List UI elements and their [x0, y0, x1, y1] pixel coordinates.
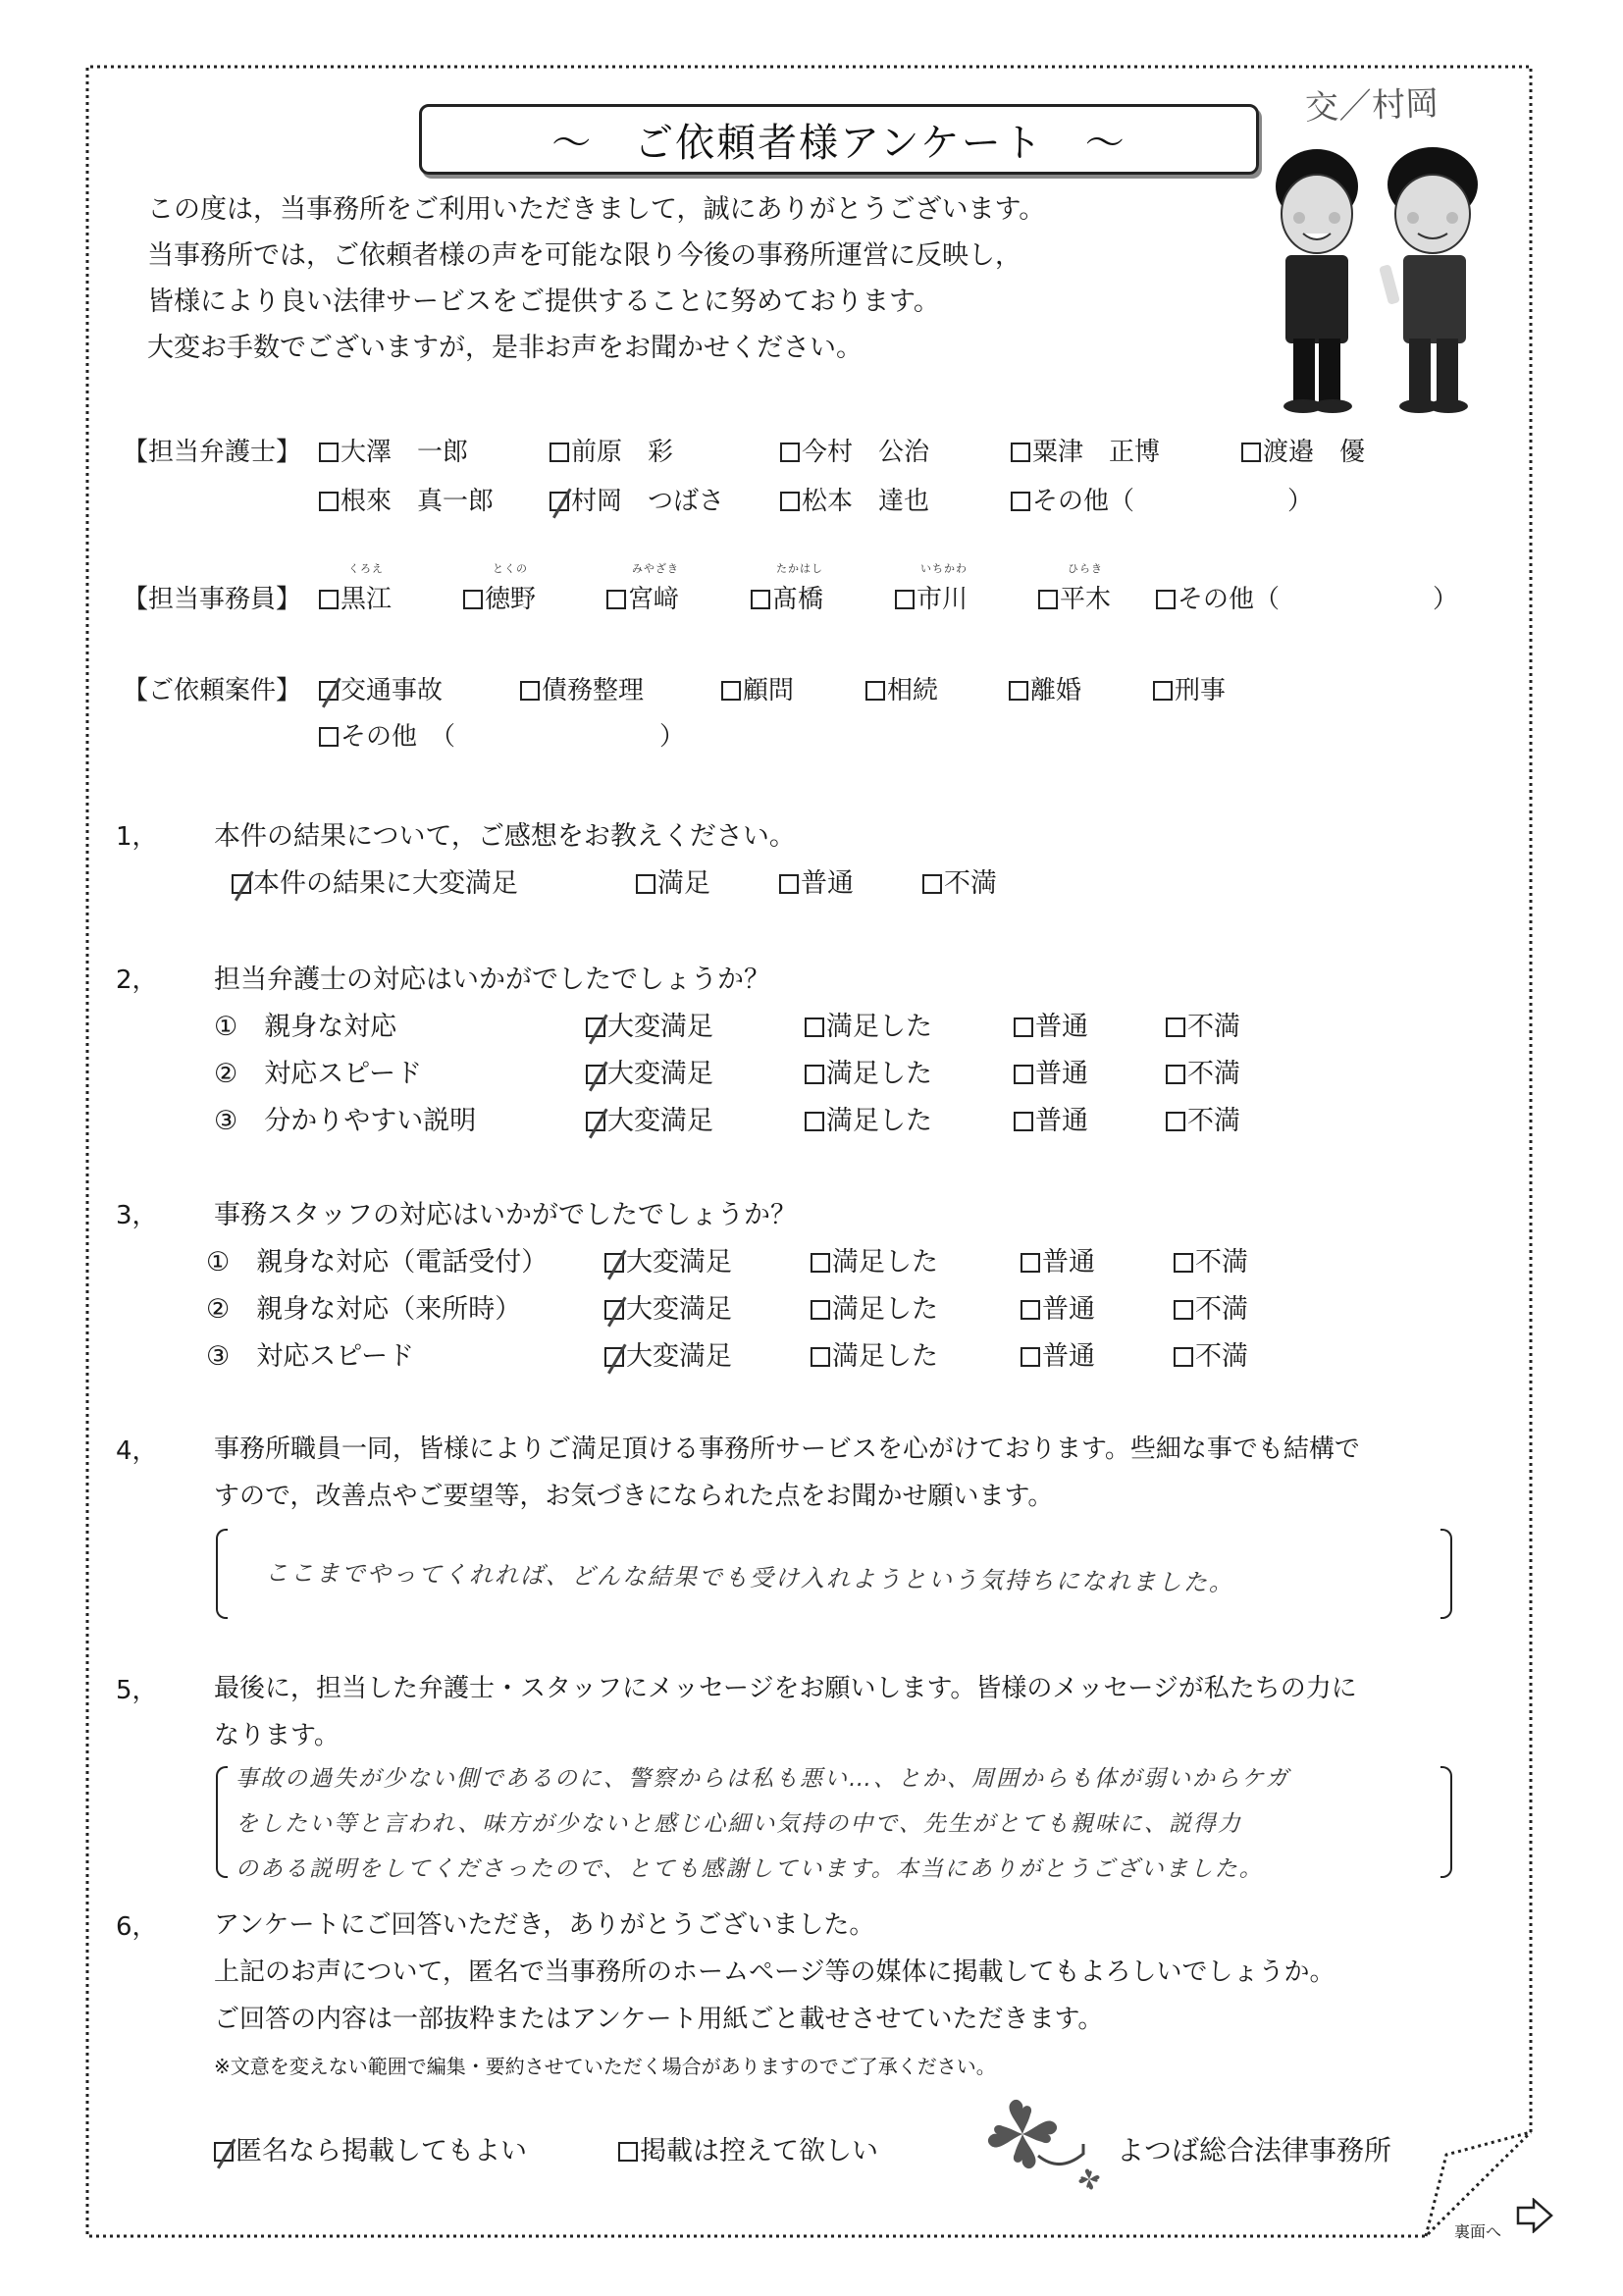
checkbox[interactable] [319, 492, 339, 511]
lawyer-option-maehara[interactable]: 前原 彩 [550, 432, 673, 468]
checkbox-checked[interactable] [604, 1253, 624, 1273]
checkbox[interactable] [922, 874, 942, 894]
checkbox[interactable] [1156, 590, 1176, 609]
q3-2-satisfied[interactable]: 満足した [811, 1287, 938, 1326]
checkbox[interactable] [895, 590, 915, 609]
checkbox[interactable] [721, 681, 741, 701]
checkbox[interactable] [805, 1065, 824, 1084]
staff-option-hiraki[interactable]: ひらき平木 [1038, 579, 1111, 615]
staff-option-ichikawa[interactable]: いちかわ市川 [895, 579, 968, 615]
q1-option-very-satisfied[interactable]: 本件の結果に大変満足 [232, 861, 518, 900]
staff-label: 【担当事務員】 [123, 579, 301, 615]
answer-bracket-right [1440, 1529, 1452, 1619]
intro-line: 当事務所では，ご依頼者様の声を可能な限り今後の事務所運営に反映し， [147, 233, 1045, 279]
checkbox[interactable] [319, 590, 339, 609]
lawyer-option-matsumoto[interactable]: 松本 達也 [780, 481, 929, 517]
checkbox[interactable] [1241, 443, 1261, 462]
q5-answer-line: をしたい等と言われ、味方が少ないと感じ心細い気持の中で、先生がとても親味に、説得… [236, 1801, 1290, 1847]
checkbox-checked[interactable] [550, 492, 569, 511]
q2-number: 2， [116, 960, 158, 996]
q3-1-satisfied[interactable]: 満足した [811, 1240, 938, 1278]
checkbox-checked[interactable] [586, 1112, 605, 1131]
staff-option-kuroe[interactable]: くろえ黒江 [319, 579, 392, 615]
q2-3-very-satisfied[interactable]: 大変満足 [586, 1099, 713, 1137]
q1-option-satisfied[interactable]: 満足 [636, 861, 710, 900]
q6-line2: 上記のお声について，匿名で当事務所のホームページ等の媒体に掲載してもよろしいでし… [214, 1952, 1335, 1988]
arrow-right-icon[interactable] [1516, 2198, 1555, 2233]
q2-item-label: ③ 分かりやすい説明 [214, 1099, 476, 1137]
case-option-criminal[interactable]: 刑事 [1153, 670, 1226, 706]
checkbox-checked[interactable] [604, 1300, 624, 1320]
checkbox[interactable] [1021, 1253, 1040, 1273]
q4-text-line1: 事務所職員一同，皆様によりご満足頂ける事務所サービスを心がけております。些細な事… [214, 1429, 1360, 1465]
checkbox[interactable] [636, 874, 655, 894]
q6-note: ※文意を変えない範囲で編集・要約させていただく場合がありますのでご了承ください。 [214, 2051, 996, 2079]
q6-line1: アンケートにご回答いただき，ありがとうございました。 [214, 1905, 874, 1941]
checkbox[interactable] [805, 1112, 824, 1131]
checkbox[interactable] [1166, 1065, 1185, 1084]
checkbox[interactable] [1011, 443, 1030, 462]
clover-logo-icon [981, 2095, 1119, 2193]
checkbox-checked[interactable] [214, 2142, 234, 2162]
checkbox[interactable] [811, 1253, 830, 1273]
checkbox[interactable] [780, 492, 800, 511]
page-title: ～ ご依頼者様アンケート ～ [419, 104, 1259, 175]
q2-3-satisfied[interactable]: 満足した [805, 1099, 932, 1137]
checkbox[interactable] [865, 681, 885, 701]
handwritten-stamp: 交／村岡 [1304, 77, 1440, 130]
q1-option-dissatisfied[interactable]: 不満 [922, 861, 997, 900]
q2-2-average[interactable]: 普通 [1014, 1052, 1088, 1090]
case-option-inheritance[interactable]: 相続 [865, 670, 938, 706]
checkbox[interactable] [811, 1300, 830, 1320]
q2-1-dissatisfied[interactable]: 不満 [1166, 1005, 1240, 1043]
checkbox[interactable] [319, 727, 339, 747]
case-option-advisory[interactable]: 顧問 [721, 670, 794, 706]
lawyer-option-muraoka[interactable]: 村岡 つばさ [550, 481, 724, 517]
lawyers-illustration [1256, 137, 1501, 422]
checkbox[interactable] [811, 1347, 830, 1367]
checkbox[interactable] [1174, 1300, 1193, 1320]
q3-1-dissatisfied[interactable]: 不満 [1174, 1240, 1248, 1278]
checkbox[interactable] [1021, 1347, 1040, 1367]
firm-name: よつば総合法律事務所 [1117, 2129, 1391, 2168]
lawyer-option-osawa[interactable]: 大澤 一郎 [319, 432, 468, 468]
q3-2-dissatisfied[interactable]: 不満 [1174, 1287, 1248, 1326]
q2-1-satisfied[interactable]: 満足した [805, 1005, 932, 1043]
checkbox[interactable] [520, 681, 540, 701]
q6-number: 6， [116, 1906, 158, 1943]
q4-number: 4， [116, 1431, 158, 1467]
lawyer-option-other[interactable]: その他（ ） [1011, 481, 1313, 517]
q1-option-average[interactable]: 普通 [779, 861, 854, 900]
staff-option-miyazaki[interactable]: みやざき宮﨑 [606, 579, 679, 615]
staff-option-other[interactable]: その他（ ） [1156, 579, 1458, 615]
q2-1-very-satisfied[interactable]: 大変満足 [586, 1005, 713, 1043]
checkbox-checked[interactable] [319, 681, 339, 701]
intro-line: この度は，当事務所をご利用いただきまして，誠にありがとうございます。 [147, 186, 1045, 233]
q3-2-very-satisfied[interactable]: 大変満足 [604, 1287, 732, 1326]
answer-bracket-right [1440, 1766, 1452, 1878]
intro-text: この度は，当事務所をご利用いただきまして，誠にありがとうございます。 当事務所で… [147, 186, 1045, 371]
checkbox-checked[interactable] [604, 1347, 624, 1367]
q3-text: 事務スタッフの対応はいかがでしたでしょうか？ [214, 1193, 797, 1231]
q3-2-average[interactable]: 普通 [1021, 1287, 1095, 1326]
answer-bracket-left [216, 1529, 228, 1619]
lawyer-option-imamura[interactable]: 今村 公治 [780, 432, 929, 468]
q6-option-anonymous-ok[interactable]: 匿名なら掲載してもよい [214, 2129, 527, 2167]
q2-2-dissatisfied[interactable]: 不満 [1166, 1052, 1240, 1090]
case-option-traffic[interactable]: 交通事故 [319, 670, 443, 706]
checkbox[interactable] [319, 443, 339, 462]
checkbox[interactable] [1021, 1300, 1040, 1320]
q5-answer[interactable]: 事故の過失が少ない側であるのに、警察からは私も悪い…、とか、周囲からも体が弱いか… [236, 1756, 1290, 1892]
q2-item-label: ① 親身な対応 [214, 1005, 396, 1043]
q2-1-average[interactable]: 普通 [1014, 1005, 1088, 1043]
checkbox-checked[interactable] [232, 874, 251, 894]
q1-number: 1， [116, 816, 158, 853]
checkbox[interactable] [1174, 1253, 1193, 1273]
q2-3-average[interactable]: 普通 [1014, 1099, 1088, 1137]
checkbox[interactable] [1038, 590, 1058, 609]
checkbox[interactable] [1014, 1018, 1033, 1037]
intro-line: 皆様により良い法律サービスをご提供することに努めております。 [147, 279, 1045, 325]
q3-3-average[interactable]: 普通 [1021, 1334, 1095, 1373]
checkbox[interactable] [751, 590, 770, 609]
cases-label: 【ご依頼案件】 [123, 670, 301, 706]
intro-line: 大変お手数でございますが，是非お声をお聞かせください。 [147, 325, 1045, 371]
staff-option-tokuno[interactable]: とくの徳野 [463, 579, 536, 615]
q3-item-label: ③ 対応スピード [206, 1334, 414, 1373]
checkbox[interactable] [1009, 681, 1028, 701]
checkbox[interactable] [1014, 1112, 1033, 1131]
lawyer-option-awazu[interactable]: 粟津 正博 [1011, 432, 1160, 468]
q2-2-very-satisfied[interactable]: 大変満足 [586, 1052, 713, 1090]
checkbox[interactable] [1174, 1347, 1193, 1367]
q2-3-dissatisfied[interactable]: 不満 [1166, 1099, 1240, 1137]
q5-number: 5， [116, 1670, 158, 1706]
q2-text: 担当弁護士の対応はいかがでしたでしょうか？ [214, 958, 770, 996]
checkbox[interactable] [780, 443, 800, 462]
checkbox[interactable] [550, 443, 569, 462]
case-option-other[interactable]: その他 （ ） [319, 716, 685, 753]
checkbox-checked[interactable] [586, 1065, 605, 1084]
q5-answer-line: 事故の過失が少ない側であるのに、警察からは私も悪い…、とか、周囲からも体が弱いか… [236, 1756, 1290, 1801]
checkbox[interactable] [618, 2142, 638, 2162]
q3-1-average[interactable]: 普通 [1021, 1240, 1095, 1278]
checkbox[interactable] [1011, 492, 1030, 511]
checkbox[interactable] [1153, 681, 1173, 701]
staff-option-takahashi[interactable]: たかはし髙橋 [751, 579, 823, 615]
checkbox[interactable] [805, 1018, 824, 1037]
lawyer-option-watanabe[interactable]: 渡邉 優 [1241, 432, 1365, 468]
q3-item-label: ① 親身な対応（電話受付） [206, 1240, 548, 1278]
q5-text-line1: 最後に，担当した弁護士・スタッフにメッセージをお願いします。皆様のメッセージが私… [214, 1668, 1357, 1704]
q6-line3: ご回答の内容は一部抜粋またはアンケート用紙ごと載せさせていただきます。 [214, 1999, 1103, 2035]
checkbox[interactable] [1166, 1018, 1185, 1037]
case-option-divorce[interactable]: 離婚 [1009, 670, 1081, 706]
q2-item-label: ② 対応スピード [214, 1052, 422, 1090]
q3-3-very-satisfied[interactable]: 大変満足 [604, 1334, 732, 1373]
checkbox[interactable] [779, 874, 799, 894]
q3-1-very-satisfied[interactable]: 大変満足 [604, 1240, 732, 1278]
q5-text-line2: なります。 [214, 1715, 340, 1751]
answer-bracket-left [216, 1766, 228, 1878]
q6-option-decline[interactable]: 掲載は控えて欲しい [618, 2129, 878, 2167]
q5-answer-line: のある説明をしてくださったので、とても感謝しています。本当にありがとうございまし… [236, 1847, 1290, 1892]
lawyer-option-negoro[interactable]: 根來 真一郎 [319, 481, 494, 517]
checkbox[interactable] [1014, 1065, 1033, 1084]
q3-item-label: ② 親身な対応（来所時） [206, 1287, 521, 1326]
back-page-link[interactable]: 裏面へ [1454, 2219, 1501, 2242]
case-option-debt[interactable]: 債務整理 [520, 670, 644, 706]
checkbox[interactable] [463, 590, 483, 609]
q1-text: 本件の結果について，ご感想をお教えください。 [214, 814, 796, 853]
q4-text-line2: すので，改善点やご要望等，お気づきになられた点をお聞かせ願います。 [214, 1476, 1053, 1512]
lawyers-label: 【担当弁護士】 [123, 432, 301, 468]
q3-3-dissatisfied[interactable]: 不満 [1174, 1334, 1248, 1373]
q3-number: 3， [116, 1195, 158, 1231]
checkbox-checked[interactable] [586, 1018, 605, 1037]
checkbox[interactable] [1166, 1112, 1185, 1131]
q2-2-satisfied[interactable]: 満足した [805, 1052, 932, 1090]
checkbox[interactable] [606, 590, 626, 609]
q3-3-satisfied[interactable]: 満足した [811, 1334, 938, 1373]
